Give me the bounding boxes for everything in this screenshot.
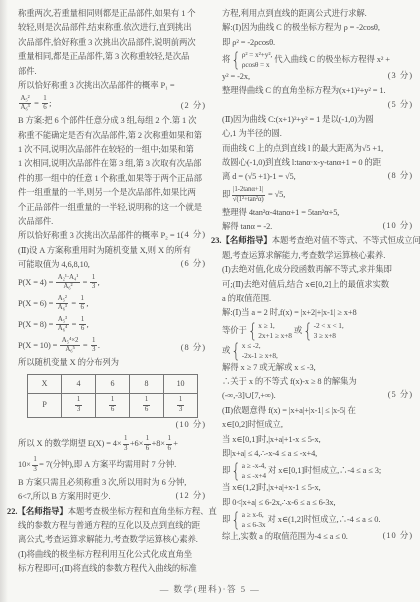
fraction: 16 [79, 316, 85, 334]
text-segment: 1 次不同,说明次品部件在较轻的一组中;如果和第 [18, 145, 194, 154]
score-mark: (10 分) [383, 219, 413, 233]
text-line: a 的取值范围. [211, 292, 414, 306]
denominator: 6 [79, 325, 85, 333]
text-segment: (Ⅰ)将曲线的极坐标方程利用互化公式化成直角坐 [18, 550, 192, 559]
text-line: 可能取值为 4,6,8,10,(6 分) [7, 258, 207, 272]
fraction: 16 [79, 295, 85, 313]
text-segment: = [81, 339, 90, 353]
numerator: 1 [79, 295, 85, 304]
fraction: 16 [42, 95, 48, 113]
denominator: 6 [143, 406, 149, 414]
text-line: 题,考查运算求解能力,考查数学运算核心素养. [211, 249, 414, 263]
numerator: A₂¹·A₄¹ [56, 274, 79, 283]
text-segment: P(X = 10) = [18, 339, 59, 353]
table-cell: 8 [130, 374, 164, 393]
equation: a ≥ -x-4, [242, 461, 266, 471]
text-line: A₅²A₆³ = 16;(2 分) [7, 93, 207, 114]
numerator: 1 [144, 435, 150, 444]
text-segment: 可;(Ⅱ)去绝对值后,结合 x∈[0,2]上的最值求实数 [222, 280, 389, 289]
text-segment: , [98, 276, 100, 290]
fraction: A₅³A₆⁴ [56, 316, 68, 334]
text-segment: (Ⅱ)设 A 方案称重用时为随机变量 X,则 X 的所有 [18, 246, 191, 255]
score-mark: (5 分) [388, 98, 413, 112]
table-cell: 16 [96, 393, 130, 417]
fraction: |1-2tanα+1|√(1²+tan²α) [231, 186, 265, 204]
text-segment: 个正品部件一组重量的一半轻,说明称的这一个就是 [18, 203, 202, 212]
denominator: √(1²+tan²α) [231, 196, 265, 204]
text-segment: 对 x∈[0,1]时恒成立,∴-4 ≤ a ≤ 3; [268, 466, 381, 475]
denominator: 6 [144, 445, 150, 453]
numerator: 1 [42, 95, 48, 104]
text-segment: 等价于 [222, 326, 247, 335]
numerator: 1 [90, 274, 96, 283]
text-line: 整理得 4tan²α-4tanα+1 = 5tan²α+5, [211, 206, 414, 220]
numerator: 1 [32, 456, 38, 465]
table-cell: 6 [96, 374, 130, 393]
text-segment: +6× [130, 437, 143, 451]
numerator: 1 [79, 316, 85, 325]
text-segment: x∈[0,2]时恒成立, [222, 420, 283, 429]
equations: a ≥ -x-4,a ≤ -x+4 [242, 461, 266, 481]
fraction: A₅²A₆³ [56, 295, 68, 313]
numerator: 1 [143, 396, 149, 405]
text-segment: 所以随机变量 X 的分布列为 [18, 358, 119, 367]
text-line: 标方程即可;(Ⅱ)将直线的参数方程代入曲线的标准 [7, 562, 207, 576]
fraction: 13 [75, 396, 81, 414]
numerator: A₅⁴×2 [60, 337, 80, 346]
text-segment: P(X = 4) = [18, 276, 55, 290]
page: 称重两次,若重量相同则都是正品部件,如果有 1 个较轻,则是次品部件,结束称重.… [0, 0, 420, 602]
equations: ρ² = x²+y²,ρcosθ = x [242, 50, 273, 70]
text-line: 6<7,所以 B 方案用时更少.(12 分) [7, 490, 207, 504]
text-segment: B 方案只需且必须称重 3 次,所以用时为 6 分钟, [18, 478, 186, 487]
text-line: 称重不能确定是否有次品部件,第 2 次称重如果和第 [7, 129, 207, 143]
text-segment: 或 [294, 326, 302, 335]
text-segment: 解:(Ⅰ)因为曲线 C 的极坐标方程为 ρ = -2cosθ, [222, 23, 380, 32]
text-line: 所以随机变量 X 的分布列为 [7, 356, 207, 370]
fraction: 13 [32, 456, 38, 474]
fraction: 16 [166, 435, 172, 453]
text-segment: 当 x∈[0,1]时,|x+a|+1-x ≤ 5-x, [222, 435, 321, 444]
table-row: X46810 [28, 374, 198, 393]
text-segment: 或 [222, 346, 230, 355]
text-line: 个正品部件一组重量的一半轻,说明称的这一个就是 [7, 201, 207, 215]
denominator: 3 [32, 466, 38, 474]
table-cell: 16 [130, 393, 164, 417]
left-column: 称重两次,若重量相同则都是正品部件,如果有 1 个较轻,则是次品部件,结束称重.… [7, 7, 207, 576]
text-segment: 即 0<|x+a| ≤ 6-2x,∴x-6 ≤ a ≤ 6-3x, [222, 498, 336, 507]
text-segment: 即 [222, 188, 230, 202]
text-line: 即|1-2tanα+1|√(1²+tan²α) = √5, [211, 185, 414, 206]
text-segment: = 7(分钟),即 A 方案平均需用时 7 分钟. [39, 458, 176, 472]
equation-system: {-2 < x < 1,3 ≥ x+8 [303, 321, 343, 341]
denominator: 6 [109, 406, 115, 414]
numerator: A₅³ [56, 316, 68, 325]
text-line: (-∞,-3]∪[7,+∞).(5 分) [211, 389, 414, 403]
text-line: B 方案只需且必须称重 3 次,所以用时为 6 分钟, [7, 476, 207, 490]
text-segment: 线的参数方程与普通方程的互化以及点到直线的距 [18, 521, 200, 530]
text-line: 即 ρ² = -2ρcosθ. [211, 36, 414, 50]
text-line: 当 x∈(1,2]时,|x+a|+x-1 ≤ 5-x, [211, 481, 414, 495]
fraction: 13 [123, 435, 129, 453]
denominator: A₆⁴ [56, 325, 68, 333]
score-mark: (6 分) [181, 257, 206, 271]
equation-system: {x ≥ 1,2x+1 ≥ x+8 [248, 321, 292, 341]
text-line: 即{a ≥ -x-4,a ≤ -x+4对 x∈[0,1]时恒成立,∴-4 ≤ a… [211, 461, 414, 481]
text-line: 所以 X 的数学期望 E(X) = 4×13+6×16+8×16+ [7, 434, 207, 455]
text-segment: a 的取值范围. [222, 294, 271, 303]
denominator: A₆² [62, 283, 74, 291]
fraction: A₂¹·A₄¹A₆² [56, 274, 79, 292]
score-mark: (10 分) [176, 418, 206, 432]
table-cell: 4 [62, 374, 96, 393]
text-segment: (Ⅱ)依题意得 f(x) = |x+a|+|x-1| ≤ |x-5| 在 [222, 406, 356, 415]
table-cell: 13 [62, 393, 96, 417]
brace-icon: { [231, 341, 240, 360]
text-line: y² = -2x,(3 分) [211, 70, 414, 84]
fraction: 16 [143, 396, 149, 414]
text-line: (Ⅰ)去绝对值,化成分段函数再解不等式,求并集即 [211, 263, 414, 277]
text-line: (Ⅱ)依题意得 f(x) = |x+a|+|x-1| ≤ |x-5| 在 [211, 404, 414, 418]
denominator: 3 [177, 406, 183, 414]
denominator: 3 [75, 406, 81, 414]
numerator: 1 [166, 435, 172, 444]
fraction: 13 [177, 396, 183, 414]
text-segment: 重量相同,都是正品部件,第 3 次称重较轻,是次品 [18, 52, 189, 61]
text-line: 可;(Ⅱ)去绝对值后,结合 x∈[0,2]上的最值求实数 [211, 278, 414, 292]
brace-icon: { [303, 321, 312, 340]
text-line: B 方案:把 6 个部件任意分成 3 组,每组 2 个.第 1 次 [7, 114, 207, 128]
text-line: 即 0<|x+a| ≤ 6-2x,∴x-6 ≤ a ≤ 6-3x, [211, 496, 414, 510]
text-segment: 题,考查运算求解能力,考查数学运算核心素养. [222, 251, 385, 260]
denominator: 6 [79, 304, 85, 312]
equation-system: {a ≥ -x-4,a ≤ -x+4 [231, 461, 266, 481]
text-segment: B 方案:把 6 个部件任意分成 3 组,每组 2 个.第 1 次 [18, 116, 196, 125]
score-mark: (3 分) [388, 69, 413, 83]
text-line: 等价于{x ≥ 1,2x+1 ≥ x+8或{-2 < x < 1,3 ≥ x+8 [211, 321, 414, 341]
score-mark: (12 分) [176, 489, 206, 503]
text-line: 整理得曲线 C 的直角坐标方程为(x+1)²+y² = 1. [211, 84, 414, 98]
text-line: 而曲线 C 上的点到直线 l 的最大距离为√5 +1, [211, 142, 414, 156]
text-segment: 6<7,所以 B 方案用时更少. [18, 492, 110, 501]
text-line: 解:(Ⅰ)当 a = 2 时,f(x) = |x+2|+|x-1| ≥ x+8 [211, 306, 414, 320]
text-segment: , [86, 297, 88, 311]
text-line: 所以恰好称重 3 次挑出次品部件的概率 P₁ = [7, 79, 207, 93]
text-segment: . [98, 339, 100, 353]
table-cell: X [28, 374, 62, 393]
distribution-table: X46810P13161613 [27, 374, 198, 418]
numerator: 1 [109, 396, 115, 405]
equation: 2x+1 ≥ x+8 [258, 331, 292, 341]
text-segment: 心,1 为半径的圆. [222, 129, 282, 138]
equation-system: {a ≥ x-6,a ≤ 6-3x [231, 510, 265, 530]
text-line: P(X = 8) = A₅³A₆⁴ = 16, [7, 314, 207, 335]
equation: a ≤ -x+4 [242, 471, 266, 481]
text-line: 23.【名师指导】本题考查绝对值不等式、不等式恒成立问 [211, 234, 414, 248]
text-line: 较轻,则是次品部件,结束称重.依次进行,直到挑出 [7, 21, 207, 35]
text-line: (5 分) [211, 99, 414, 113]
text-segment: + [173, 437, 178, 451]
text-segment: ; [49, 97, 51, 111]
text-line: 1 次相同,说明次品部件在第 3 组,第 3 次取有次品部 [7, 157, 207, 171]
text-line: 当 x∈[0,1]时,|x+a|+1-x ≤ 5-x, [211, 433, 414, 447]
text-segment: 所以 X 的数学期望 E(X) = 4× [18, 437, 122, 451]
text-segment: (Ⅰ)去绝对值,化成分段函数再解不等式,求并集即 [222, 265, 392, 274]
item-heading: 23.【名师指导】 [211, 237, 272, 246]
text-line: 综上,实数 a 的取值范围为-4 ≤ a ≤ 0.(10 分) [211, 530, 414, 544]
text-line: 即|x+a| ≤ 4,∴-x-4 ≤ a ≤ -x+4, [211, 447, 414, 461]
fraction: A₅²A₆³ [19, 95, 31, 113]
text-segment: = [81, 276, 90, 290]
equations: -2 < x < 1,3 ≥ x+8 [314, 321, 344, 341]
text-line: (Ⅱ)因为曲线 C:(x+1)²+y² = 1 是以(-1,0)为圆 [211, 113, 414, 127]
table-cell: 13 [164, 393, 198, 417]
score-mark: (5 分) [388, 388, 413, 402]
text-line: 离 d = (√5 +1)-1 = √5,(8 分) [211, 170, 414, 184]
equation: ρ² = x²+y², [242, 50, 273, 60]
text-segment: 即 ρ² = -2ρcosθ. [222, 38, 275, 47]
numerator: 1 [177, 396, 183, 405]
text-segment: 次品部件,恰好称重 3 次挑出次品部件,说明前两次 [18, 38, 196, 47]
denominator: 6 [42, 104, 48, 112]
denominator: 3 [91, 346, 97, 354]
table-cell: 10 [164, 374, 198, 393]
text-segment: 较轻,则是次品部件,结束称重.依次进行,直到挑出 [18, 23, 191, 32]
text-segment: 故圆心(-1,0)到直线 l:tanα·x-y-tanα+1 = 0 的距 [222, 158, 381, 167]
text-segment: 整理得曲线 C 的直角坐标方程为(x+1)²+y² = 1. [222, 86, 385, 95]
text-segment: 称重不能确定是否有次品部件,第 2 次称重如果和第 [18, 131, 202, 140]
text-segment: 称重两次,若重量相同则都是正品部件,如果有 1 个 [18, 9, 196, 18]
equations: a ≥ x-6,a ≤ 6-3x [242, 510, 266, 530]
text-segment: 而曲线 C 上的点到直线 l 的最大距离为√5 +1, [222, 144, 383, 153]
text-segment: = [70, 318, 79, 332]
numerator: 1 [75, 396, 81, 405]
score-mark: (4 分) [181, 228, 206, 242]
equation: x ≥ 1, [258, 321, 292, 331]
text-line: 解得 tanα = -2.(10 分) [211, 220, 414, 234]
text-line: 件一组重量的一半,则另一个是次品部件,如果比两 [7, 186, 207, 200]
text-line: 心,1 为半径的圆. [211, 127, 414, 141]
text-segment: 综上,实数 a 的取值范围为-4 ≤ a ≤ 0. [222, 532, 348, 541]
text-segment: 解:(Ⅰ)当 a = 2 时,f(x) = |x+2|+|x-1| ≥ x+8 [222, 308, 357, 317]
text-line: 方程,利用点到直线的距离公式进行求解. [211, 7, 414, 21]
text-line: x∈[0,2]时恒成立, [211, 418, 414, 432]
equation: -2x-1 ≥ x+8, [242, 351, 278, 361]
denominator: A₆⁵ [64, 346, 76, 354]
table-row: P13161613 [28, 393, 198, 417]
text-line: 线的参数方程与普通方程的互化以及点到直线的距 [7, 519, 207, 533]
text-segment: 离公式,考查运算求解能力,考查数学运算核心素养. [18, 535, 198, 544]
text-segment: P(X = 6) = [18, 297, 55, 311]
fraction: A₅⁴×2A₆⁵ [60, 337, 80, 355]
text-line: 将{ρ² = x²+y²,ρcosθ = x代入曲线 C 的极坐标方程得 x² … [211, 50, 414, 70]
text-segment: y² = -2x, [222, 72, 250, 81]
text-segment: ∴关于 x 的不等式 f(x)-x ≥ 8 的解集为 [222, 377, 357, 386]
text-line: 次品部件. [7, 215, 207, 229]
brace-icon: { [231, 511, 240, 530]
text-segment: 所以恰好称重 3 次挑出次品部件的概率 P₂ = 1. [18, 231, 183, 240]
text-segment: 本题考查绝对值不等式、不等式恒成立问 [272, 236, 420, 245]
text-segment: 部件. [18, 67, 37, 76]
brace-icon: { [231, 51, 240, 70]
equations: x ≤ -2,-2x-1 ≥ x+8, [242, 341, 278, 361]
numerator: A₅² [56, 295, 68, 304]
text-line: (10 分) [7, 420, 207, 434]
text-line: 解得 x ≥ 7 或无解或 x ≤ -3, [211, 361, 414, 375]
equation: a ≤ 6-3x [242, 520, 266, 530]
text-segment: (Ⅱ)因为曲线 C:(x+1)²+y² = 1 是以(-1,0)为圆 [222, 115, 374, 124]
denominator: 6 [166, 445, 172, 453]
score-mark: (8 分) [181, 341, 206, 355]
text-segment: 离 d = (√5 +1)-1 = √5, [222, 172, 296, 181]
text-line: ∴关于 x 的不等式 f(x)-x ≥ 8 的解集为 [211, 375, 414, 389]
text-line: (Ⅱ)设 A 方案称重用时为随机变量 X,则 X 的所有 [7, 244, 207, 258]
denominator: 3 [90, 283, 96, 291]
text-line: 10×13= 7(分钟),即 A 方案平均需用时 7 分钟. [7, 455, 207, 476]
equation: ρcosθ = x [242, 60, 273, 70]
text-segment: = √5, [266, 188, 285, 202]
text-segment: P(X = 8) = [18, 318, 55, 332]
fraction: 13 [90, 274, 96, 292]
text-line: 离公式,考查运算求解能力,考查数学运算核心素养. [7, 533, 207, 547]
score-mark: (2 分) [181, 99, 206, 113]
item-heading: 22.【名师指导】 [7, 507, 68, 516]
text-segment: 1 次相同,说明次品部件在第 3 组,第 3 次取有次品部 [18, 159, 201, 168]
brace-icon: { [248, 321, 257, 340]
right-column: 方程,利用点到直线的距离公式进行求解.解:(Ⅰ)因为曲线 C 的极坐标方程为 ρ… [211, 7, 414, 544]
text-line: 件的那一组中的任意 1 个称重,如果等于两个正品部 [7, 172, 207, 186]
text-segment: 件一组重量的一半,则另一个是次品部件,如果比两 [18, 188, 196, 197]
brace-icon: { [231, 462, 240, 481]
equations: x ≥ 1,2x+1 ≥ x+8 [258, 321, 292, 341]
text-segment: 即 [222, 515, 230, 524]
text-segment: 即 [222, 466, 230, 475]
page-footer: — 数学(理科)·答 5 — [0, 583, 420, 595]
text-line: 22.【名师指导】本题考查极坐标方程和直角坐标方程、直 [7, 505, 207, 519]
text-segment: 10× [18, 458, 31, 472]
text-segment: 代入曲线 C 的极坐标方程得 x² + [274, 55, 390, 64]
numerator: A₅² [19, 95, 31, 104]
text-line: 解:(Ⅰ)因为曲线 C 的极坐标方程为 ρ = -2cosθ, [211, 21, 414, 35]
text-segment: 当 x∈(1,2]时,|x+a|+x-1 ≤ 5-x, [222, 483, 321, 492]
text-segment: , [87, 318, 89, 332]
table-line: X46810P13161613 [7, 371, 207, 420]
text-segment: +8× [152, 437, 165, 451]
text-segment: 即|x+a| ≤ 4,∴-x-4 ≤ a ≤ -x+4, [222, 449, 317, 458]
fraction: 16 [109, 396, 115, 414]
text-segment: 解得 x ≥ 7 或无解或 x ≤ -3, [222, 363, 316, 372]
fraction: 13 [91, 337, 97, 355]
fraction: 16 [144, 435, 150, 453]
text-segment: 标方程即可;(Ⅱ)将直线的参数方程代入曲线的标准 [18, 564, 197, 573]
text-line: 所以恰好称重 3 次挑出次品部件的概率 P₂ = 1.(4 分) [7, 229, 207, 243]
equation: -2 < x < 1, [314, 321, 344, 331]
text-segment: 解得 tanα = -2. [222, 222, 272, 231]
equation-system: {x ≤ -2,-2x-1 ≥ x+8, [231, 341, 277, 361]
text-segment: 所以恰好称重 3 次挑出次品部件的概率 P₁ = [18, 81, 174, 90]
text-line: 重量相同,都是正品部件,第 3 次称重较轻,是次品 [7, 50, 207, 64]
equation-system: {ρ² = x²+y²,ρcosθ = x [231, 50, 272, 70]
score-mark: (8 分) [388, 169, 413, 183]
text-segment: (-∞,-3]∪[7,+∞). [222, 391, 276, 400]
text-segment: 方程,利用点到直线的距离公式进行求解. [222, 9, 367, 18]
text-line: 称重两次,若重量相同则都是正品部件,如果有 1 个 [7, 7, 207, 21]
text-segment: 整理得 4tan²α-4tanα+1 = 5tan²α+5, [222, 208, 339, 217]
text-line: 或{x ≤ -2,-2x-1 ≥ x+8, [211, 341, 414, 361]
text-segment: = [69, 297, 78, 311]
numerator: 1 [123, 435, 129, 444]
score-mark: (10 分) [383, 529, 413, 543]
text-segment: 件的那一组中的任意 1 个称重,如果等于两个正品部 [18, 174, 202, 183]
text-line: 次品部件,恰好称重 3 次挑出次品部件,说明前两次 [7, 36, 207, 50]
table-cell: P [28, 393, 62, 417]
text-line: P(X = 10) = A₅⁴×2A₆⁵ = 13.(8 分) [7, 335, 207, 356]
equation: x ≤ -2, [242, 341, 278, 351]
denominator: A₆³ [19, 104, 31, 112]
text-line: 部件. [7, 65, 207, 79]
denominator: 3 [123, 445, 129, 453]
equation: a ≥ x-6, [242, 510, 266, 520]
numerator: 1 [91, 337, 97, 346]
numerator: |1-2tanα+1| [232, 186, 265, 195]
text-segment: 将 [222, 55, 230, 64]
text-line: (Ⅰ)将曲线的极坐标方程利用互化公式化成直角坐 [7, 548, 207, 562]
text-line: 故圆心(-1,0)到直线 l:tanα·x-y-tanα+1 = 0 的距 [211, 156, 414, 170]
equation: 3 ≥ x+8 [314, 331, 344, 341]
text-line: P(X = 4) = A₂¹·A₄¹A₆² = 13, [7, 272, 207, 293]
text-line: 即{a ≥ x-6,a ≤ 6-3x对 x∈(1,2]时恒成立,∴-4 ≤ a … [211, 510, 414, 530]
text-line: P(X = 6) = A₅²A₆³ = 16, [7, 293, 207, 314]
text-segment: 可能取值为 4,6,8,10, [18, 260, 90, 269]
text-segment: = [32, 97, 41, 111]
denominator: A₆³ [56, 304, 68, 312]
text-line: 1 次不同,说明次品部件在较轻的一组中;如果和第 [7, 143, 207, 157]
text-segment: 次品部件. [18, 217, 53, 226]
text-segment: 对 x∈(1,2]时恒成立,∴-4 ≤ a ≤ 0. [268, 515, 381, 524]
text-segment: 本题考查极坐标方程和直角坐标方程、直 [68, 507, 217, 516]
